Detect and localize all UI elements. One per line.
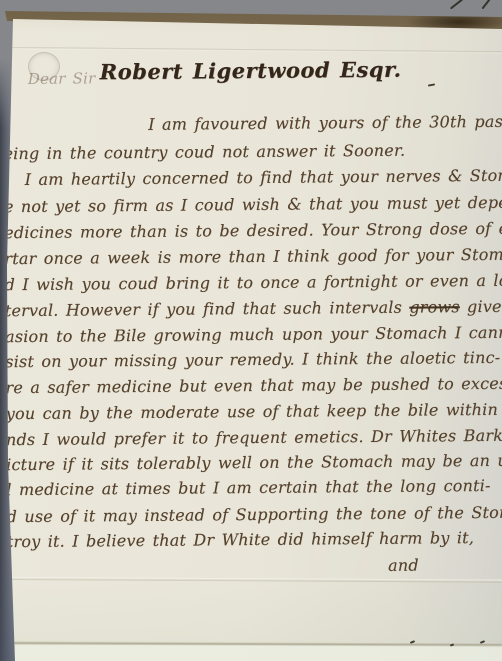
line-text: d I wish you coud bring it to once a for… (5, 270, 502, 294)
line-text: l medicine at times but I am certain tha… (6, 476, 490, 499)
letter-line: d use of it may instead of Supporting th… (7, 502, 502, 526)
line-text: d use of it may instead of Supporting th… (7, 502, 502, 526)
line-text: nds I would prefer it to frequent emetic… (6, 426, 502, 449)
letter-line: troy it. I believe that Dr White did him… (7, 528, 474, 551)
line-text: you can by the moderate use of that keep… (6, 400, 498, 423)
ink-speck (0, 0, 5, 3)
letter-line: nds I would prefer it to frequent emetic… (6, 426, 502, 449)
letter-line: edicines more than is to be desired. You… (4, 218, 502, 242)
line-text: terval. However if you find that such in… (5, 298, 410, 321)
line-text: e not yet so firm as I coud wish & that … (4, 192, 502, 216)
manuscript-page: Dear Sir Robert Ligertwood Esqr. I am fa… (0, 0, 502, 661)
line-text: and (388, 556, 419, 575)
line-text: icture if it sits tolerably well on the … (6, 451, 502, 475)
letter-line: asion to the Bile growing much upon your… (5, 323, 502, 347)
scan-background: { "document_type": "handwritten-letter-s… (0, 0, 502, 661)
letter-line: d I wish you coud bring it to once a for… (5, 270, 502, 294)
letter-line: eing in the country coud not answer it S… (3, 141, 405, 164)
stray-pen-mark (450, 0, 463, 9)
line-text: I am heartily concerned to find that you… (25, 165, 502, 189)
line-text: gives (460, 297, 502, 316)
line-text: asion to the Bile growing much upon your… (5, 323, 502, 347)
letter-line: l medicine at times but I am certain tha… (6, 476, 490, 499)
catchword: and (388, 556, 419, 575)
letter-line: e not yet so firm as I coud wish & that … (4, 192, 502, 216)
letter-line: I am heartily concerned to find that you… (25, 165, 502, 189)
line-text: troy it. I believe that Dr White did him… (7, 528, 474, 551)
letter-line: sist on your missing your remedy. I thin… (5, 348, 500, 371)
stray-pen-mark (482, 0, 491, 9)
letter-line: rtar once a week is more than I think go… (4, 245, 502, 269)
line-text: rtar once a week is more than I think go… (4, 245, 502, 269)
letter-line: icture if it sits tolerably well on the … (6, 451, 502, 475)
line-text: I am favoured with yours of the 30th pas… (148, 111, 502, 133)
line-text: re a safer medicine but even that may be… (5, 373, 502, 397)
line-text: sist on your missing your remedy. I thin… (5, 348, 500, 371)
line-text: edicines more than is to be desired. You… (4, 218, 502, 242)
letter-line: I am favoured with yours of the 30th pas… (148, 111, 502, 133)
ink-speck (0, 0, 5, 3)
line-text: eing in the country coud not answer it S… (3, 141, 405, 164)
ink-speck (0, 0, 5, 3)
salutation: Dear Sir (28, 69, 96, 88)
letter-heading: Robert Ligertwood Esqr. (100, 57, 402, 85)
letter-line: you can by the moderate use of that keep… (6, 400, 498, 423)
letter-line: re a safer medicine but even that may be… (5, 373, 502, 397)
ink-speck (0, 0, 5, 3)
letter-line: terval. However if you find that such in… (5, 297, 502, 320)
struck-word: grows (409, 297, 460, 316)
letter-body: Dear Sir Robert Ligertwood Esqr. I am fa… (0, 0, 502, 661)
